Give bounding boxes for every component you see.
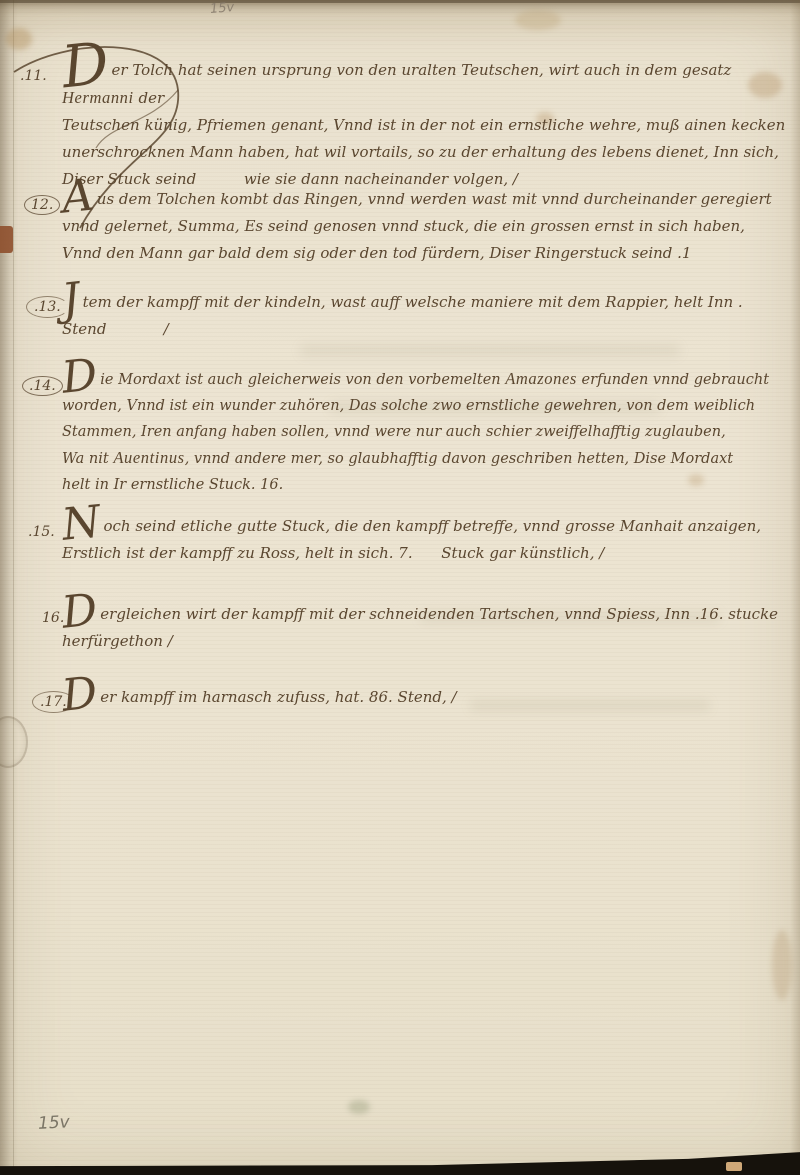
initial-capital: D [62,370,98,384]
manuscript-line: Stend / [62,316,788,343]
manuscript-line: Aus dem Tolchen kombt das Ringen, vnnd w… [62,185,788,213]
line-text: us dem Tolchen kombt das Ringen, vnnd we… [97,190,772,208]
entry-number: 12. [24,195,60,215]
manuscript-line: vnnd gelernet, Summa, Es seind genosen v… [62,213,788,240]
manuscript-line: Der Tolch hat seinen ursprung von den ur… [62,50,788,112]
stain [515,10,561,30]
manuscript-line: Noch seind etliche gutte Stuck, die den … [62,512,788,540]
manuscript-line: herfürgethon / [62,628,788,655]
entry-12: 12. Aus dem Tolchen kombt das Ringen, vn… [0,185,800,267]
manuscript-line: unerschrocknen Mann haben, hat wil vorta… [62,139,788,166]
manuscript-line: worden, Vnnd ist ein wunder zuhören, Das… [62,393,788,419]
entry-11: .11. Der Tolch hat seinen ursprung von d… [0,50,800,193]
manuscript-line: Jtem der kampff mit der kindeln, wast au… [62,288,788,316]
manuscript-line: Wa nit Auentinus, vnnd andere mer, so gl… [62,445,788,472]
manuscript-line: Vnnd den Mann gar bald dem sig oder den … [62,240,788,267]
manuscript-line: Der kampff im harnasch zufuss, hat. 86. … [62,683,788,711]
folio-annotation-top: 15v [209,0,234,17]
manuscript-line: helt in Ir ernstliche Stuck. 16. [62,472,788,498]
line-text: er Tolch hat seinen ursprung von den ura… [62,61,736,107]
line-text: er kampff im harnasch zufuss, hat. 86. S… [100,688,456,706]
line-text: och seind etliche gutte Stuck, die den k… [104,517,762,535]
manuscript-page: 15v 15v .11. Der Tolch hat seinen urspru… [0,0,800,1175]
entry-number: 16. [42,610,64,626]
initial-capital: A [62,190,95,203]
entry-16: 16. Dergleichen wirt der kampff mit der … [0,600,800,655]
initial-capital: D [62,58,109,73]
stain [348,1100,370,1114]
page-chip [726,1162,742,1171]
line-text: tem der kampff mit der kindeln, wast auf… [83,293,743,311]
folio-annotation-bottom: 15v [37,1112,70,1134]
blind-stamp-circle [0,716,28,768]
book-top-edge-shadow [0,0,800,16]
initial-capital: N [62,517,101,531]
entry-13: .13. Jtem der kampff mit der kindeln, wa… [0,288,800,343]
initial-capital: D [62,688,98,702]
manuscript-line: Stammen, Iren anfang haben sollen, vnnd … [62,419,788,445]
manuscript-line: Teutschen künig, Pfriemen genant, Vnnd i… [62,112,788,139]
initial-capital: J [62,294,81,306]
stain [772,930,792,1000]
book-bottom-edge [0,1149,800,1175]
entry-number: .15. [28,524,55,540]
line-text: ergleichen wirt der kampff mit der schne… [100,605,778,623]
manuscript-line: Die Mordaxt ist auch gleicherweis von de… [62,365,788,393]
entry-number: .11. [20,68,47,84]
line-text: ie Mordaxt ist auch gleicherweis von den… [100,372,769,388]
initial-capital: D [62,605,98,619]
entry-14: .14. Die Mordaxt ist auch gleicherweis v… [0,365,800,498]
entry-17: .17. Der kampff im harnasch zufuss, hat.… [0,683,800,711]
manuscript-line: Dergleichen wirt der kampff mit der schn… [62,600,788,628]
entry-number: .14. [22,376,63,396]
stain [6,28,32,50]
manuscript-line: Erstlich ist der kampff zu Ross, helt in… [62,540,788,567]
verso-show-through [300,345,680,356]
entry-15: .15. Noch seind etliche gutte Stuck, die… [0,512,800,567]
